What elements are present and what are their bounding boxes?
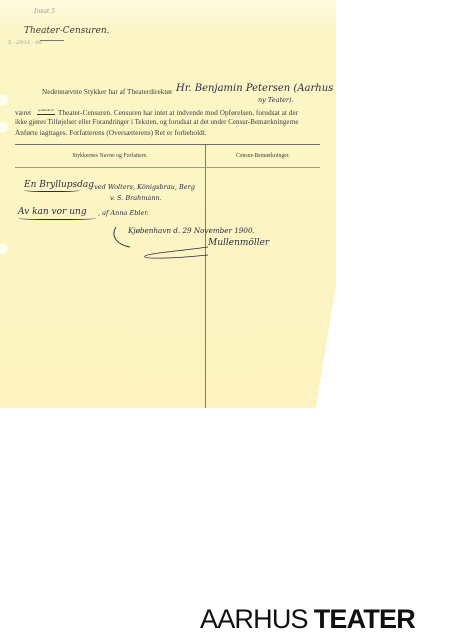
entry-underline [18, 216, 96, 220]
punch-hole [0, 244, 8, 254]
column-header-plays: Stykkernes Navne og Forfattere. [15, 153, 205, 159]
entry-author-2: , af Anna Ebler. [98, 209, 149, 217]
column-header-remarks: Censur-Bemærkninger. [206, 153, 320, 159]
letterhead-title: Theater-Censuren. [24, 26, 110, 36]
handwritten-top-note: Insat 5 [34, 8, 55, 15]
signature-flourish [110, 225, 210, 261]
logo-word-aarhus: AARHUS [200, 604, 308, 634]
intro-text: Nedennævnte Stykker har af Theaterdirekt… [42, 88, 173, 96]
table-header-rule [15, 167, 320, 168]
table-top-rule [15, 144, 320, 145]
letterhead-underline [40, 40, 64, 41]
punch-hole [0, 95, 8, 105]
handwritten-director-cont: ny Teater). [258, 96, 294, 104]
handwritten-director: Hr. Benjamin Petersen (Aarhus [176, 83, 333, 94]
punch-hole [0, 122, 8, 132]
logo-word-teater: TEATER [314, 604, 415, 634]
body-line3: Anførte iagttages. Forfatterens (Oversæt… [15, 129, 207, 137]
censor-signature: Mullenmöller [208, 238, 269, 248]
entry-author-1: , ved Wolters, Königsbrau, Berg [90, 183, 195, 191]
aarhus-teater-logo: AARHUSTEATER [200, 606, 415, 633]
body-line1-start: været [15, 109, 31, 117]
entry-underline [24, 188, 80, 192]
approval-stamp: godkendte til [37, 108, 55, 115]
handwritten-date-ref: 5 - 29/11 - 00 [8, 40, 42, 46]
body-line2: ikke gjøres Tilføjelser eller Forandring… [15, 119, 298, 126]
table-column-divider [205, 145, 206, 408]
entry-author-1-cont: v. S. Brahmann. [110, 194, 162, 202]
body-line1-rest: Theater-Censuren. Censuren har intet at … [58, 109, 298, 117]
scanned-document-page: Insat 5 5 - 29/11 - 00 Theater-Censuren.… [0, 0, 336, 408]
